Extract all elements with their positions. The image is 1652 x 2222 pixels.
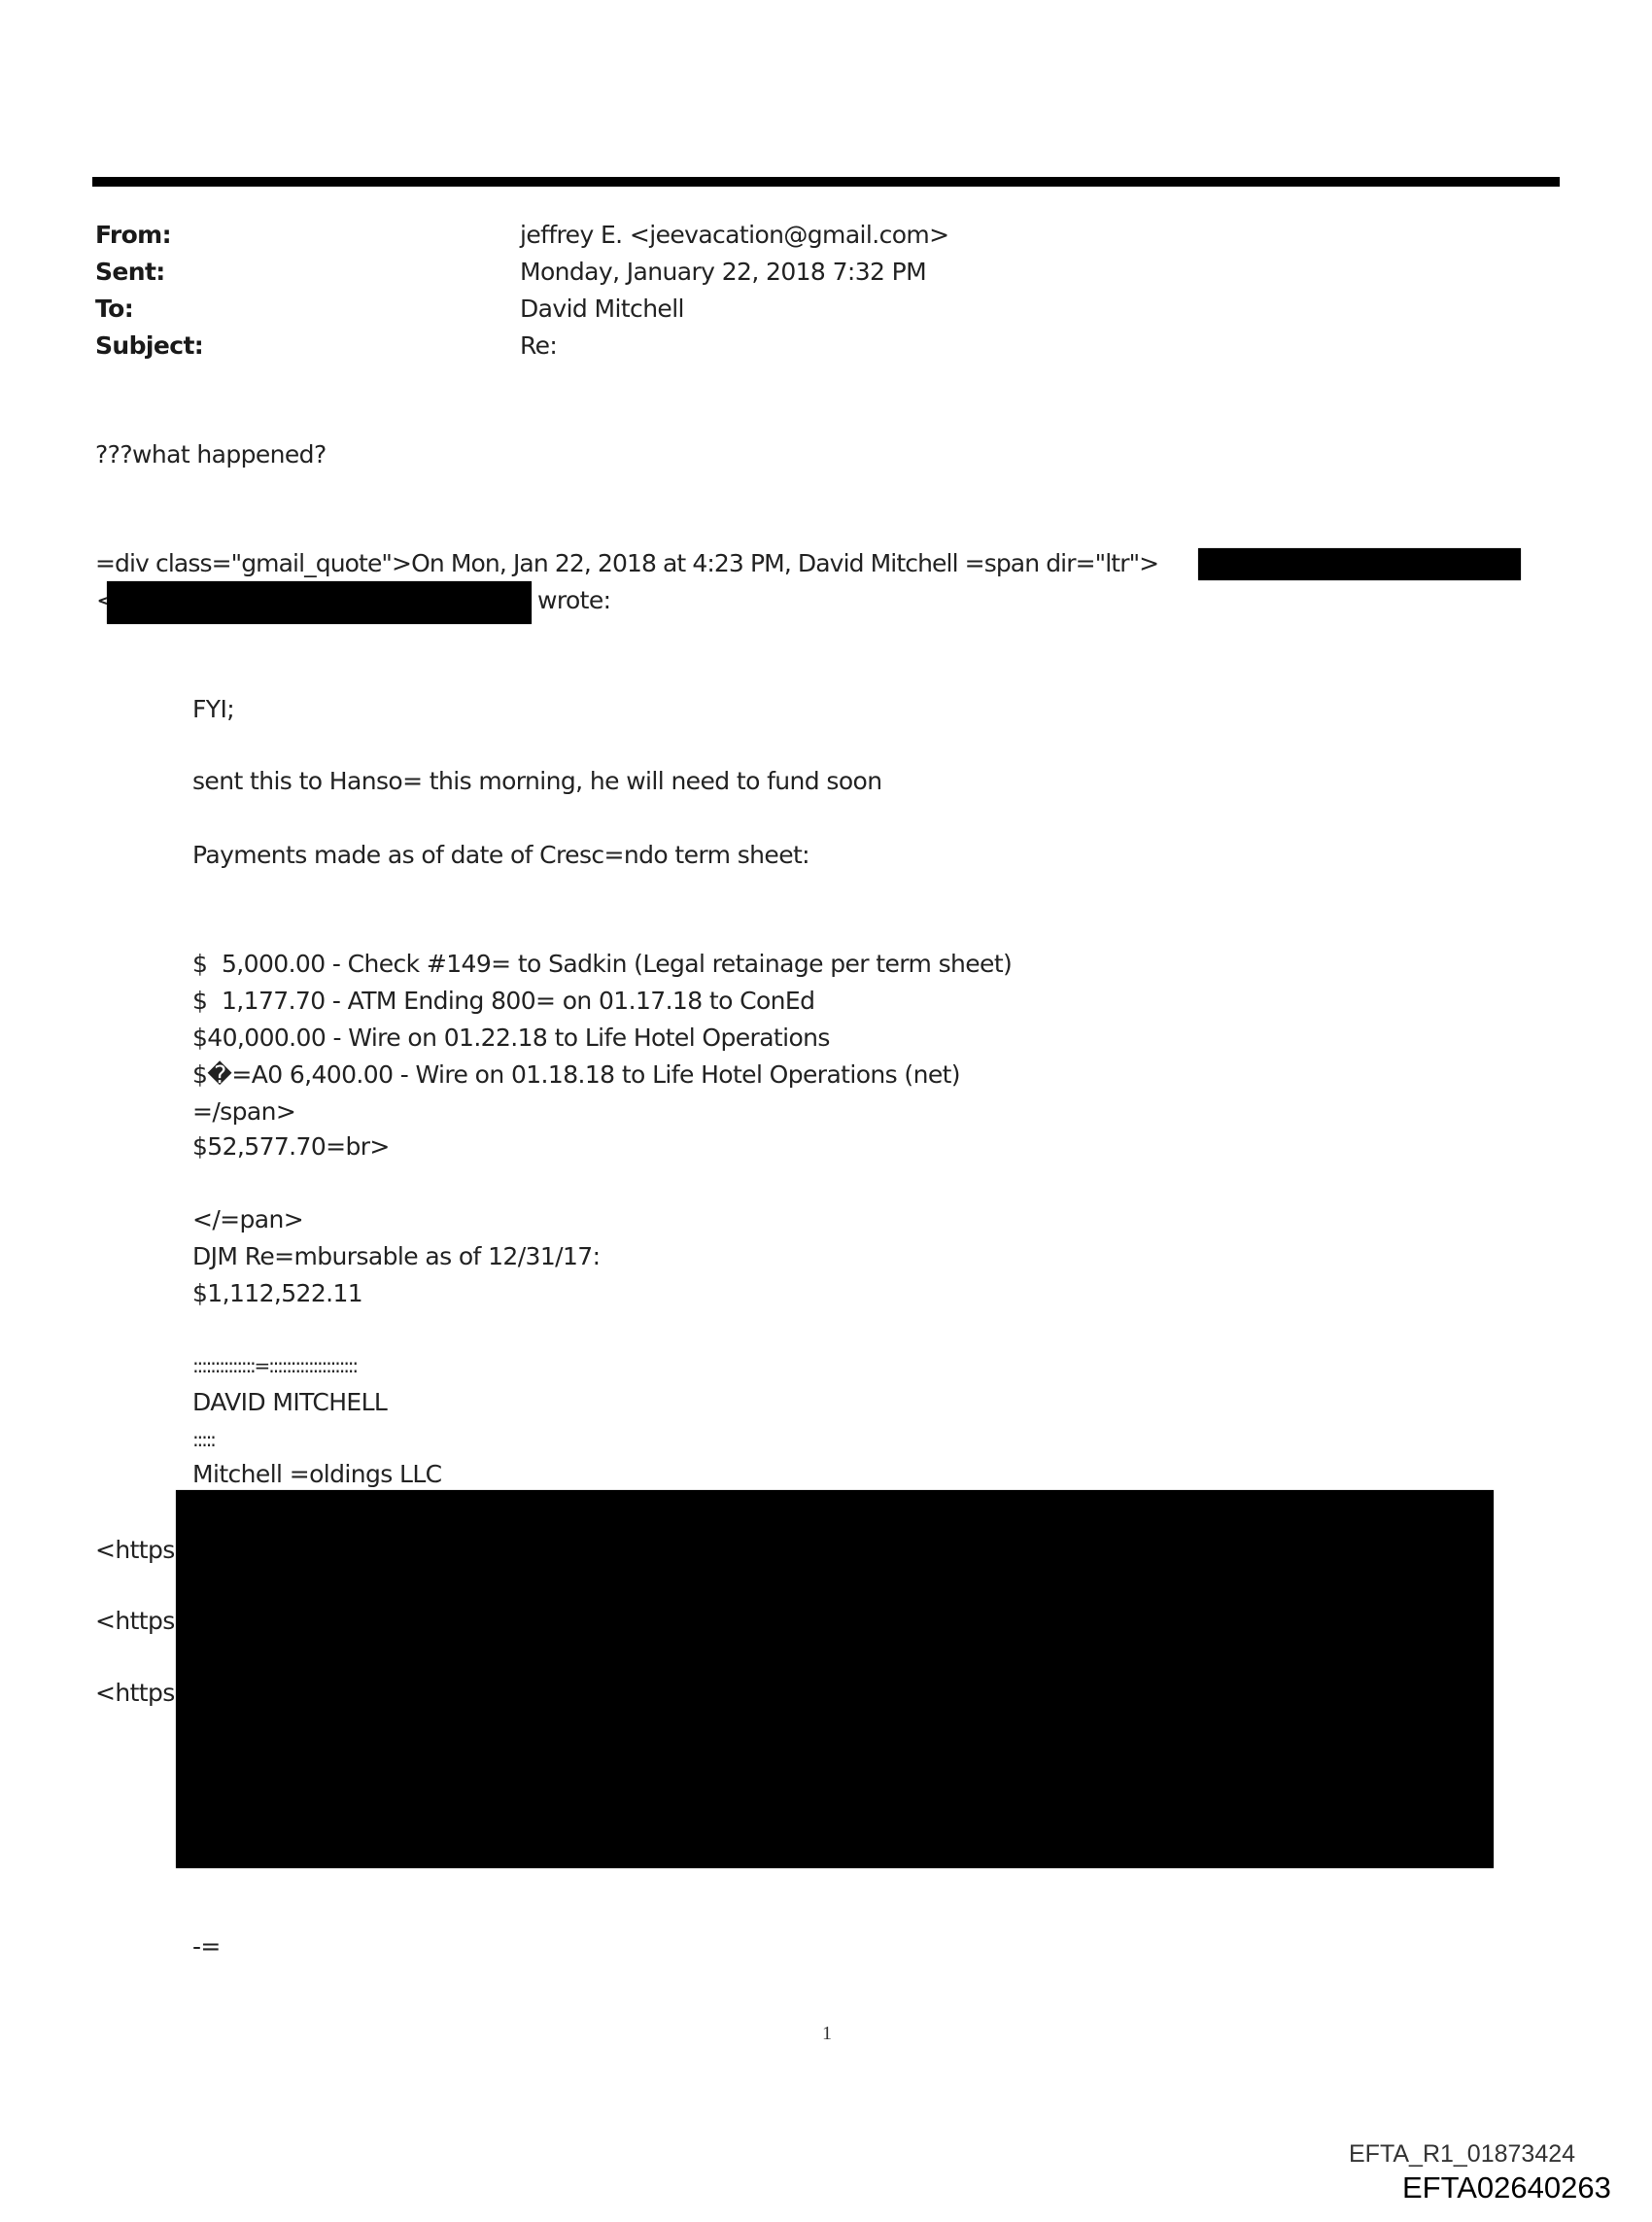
signature-separator: ::::::::::::::=:::::::::::::::::::: [192, 1351, 357, 1380]
sent-value: Monday, January 22, 2018 7:32 PM [520, 258, 926, 287]
reimbursable-label: DJM Re=mbursable as of 12/31/17: [192, 1242, 600, 1271]
quote-header-wrote: wrote: [537, 586, 610, 615]
payment-line: $40,000.00 - Wire on 01.22.18 to Life Ho… [192, 1024, 830, 1053]
signature-company: Mitchell =oldings LLC [192, 1460, 442, 1489]
payment-line: $ 5,000.00 - Check #149= to Sadkin (Lega… [192, 950, 1012, 979]
signature-separator-small: ::::: [192, 1425, 215, 1454]
redaction-block [107, 581, 532, 624]
to-value: David Mitchell [520, 295, 684, 324]
payment-line: $�=A0 6,400.00 - Wire on 01.18.18 to Lif… [192, 1060, 960, 1090]
from-value: jeffrey E. <jeevacation@gmail.com> [520, 221, 949, 250]
to-label: To: [95, 295, 133, 324]
payment-total: $52,577.70=br> [192, 1132, 390, 1162]
signature-link[interactable]: <https [95, 1607, 175, 1636]
redaction-block [1198, 548, 1521, 580]
quote-header-line1: =div class="gmail_quote">On Mon, Jan 22,… [95, 549, 1158, 578]
signature-link[interactable]: <https [95, 1536, 175, 1565]
subject-label: Subject: [95, 331, 203, 361]
subject-value: Re: [520, 331, 557, 361]
greeting: FYI; [192, 695, 234, 724]
signature-name: DAVID MITCHELL [192, 1388, 387, 1417]
payment-line: $ 1,177.70 - ATM Ending 800= on 01.17.18… [192, 987, 814, 1016]
markup-fragment: </=pan> [192, 1205, 303, 1234]
from-label: From: [95, 221, 171, 250]
quoted-line: Payments made as of date of Cresc=ndo te… [192, 841, 809, 870]
trailer-fragment: -= [192, 1932, 221, 1962]
reimbursable-value: $1,112,522.11 [192, 1279, 362, 1308]
reply-text: ???what happened? [95, 440, 327, 469]
header-rule [92, 177, 1560, 187]
markup-fragment: =/span> [192, 1097, 295, 1127]
sent-label: Sent: [95, 258, 165, 287]
bates-stamp-r1: EFTA_R1_01873424 [1349, 2140, 1575, 2169]
page-number: 1 [822, 2023, 832, 2045]
redaction-block [176, 1490, 1494, 1868]
bates-stamp: EFTA02640263 [1402, 2170, 1611, 2205]
quoted-line: sent this to Hanso= this morning, he wil… [192, 767, 881, 796]
signature-link[interactable]: <https [95, 1679, 175, 1708]
